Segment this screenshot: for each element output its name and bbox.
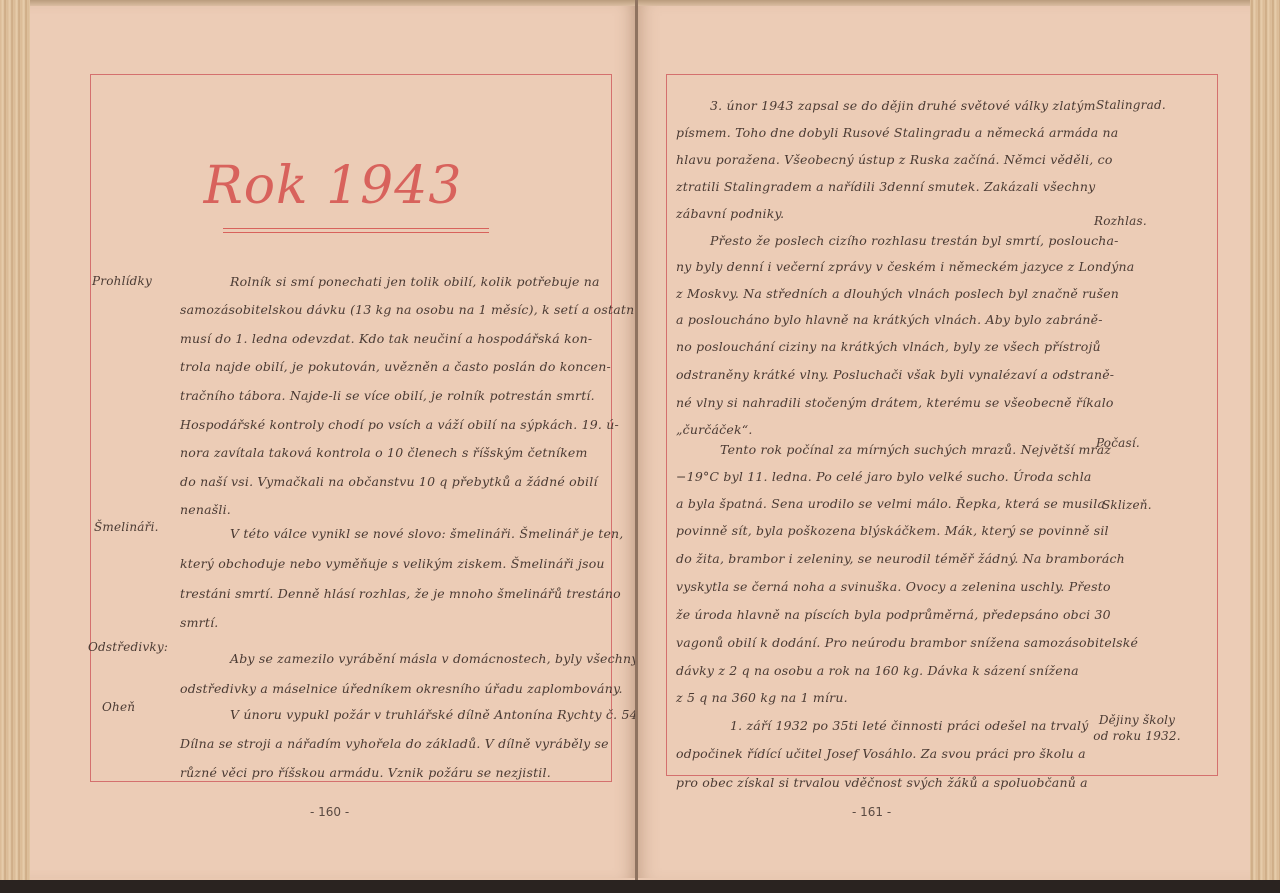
page-number: - 161 -	[852, 805, 891, 819]
text-line: V této válce vynikl se nové slovo: šmeli…	[230, 526, 624, 541]
text-line: ny byly denní i večerní zprávy v českém …	[676, 259, 1134, 274]
text-line: samozásobitelskou dávku (13 kg na osobu …	[180, 302, 639, 317]
text-line: odpočinek řídící učitel Josef Vosáhlo. Z…	[676, 746, 1086, 761]
margin-note: Dějiny školy od roku 1932.	[1092, 712, 1182, 744]
text-line: vagonů obilí k dodání. Pro neúrodu bramb…	[676, 635, 1138, 650]
left-page-stack	[0, 0, 30, 880]
text-line: do žita, brambor i zeleniny, se neurodil…	[676, 551, 1125, 566]
page-title: Rok 1943	[30, 156, 636, 216]
text-line: Přesto že poslech cizího rozhlasu trestá…	[710, 233, 1119, 248]
text-line: pro obec získal si trvalou vděčnost svýc…	[676, 775, 1088, 790]
margin-note: Sklizeň.	[1102, 498, 1152, 512]
text-line: trola najde obilí, je pokutován, uvězněn…	[180, 359, 611, 374]
margin-note: Stalingrad.	[1096, 98, 1166, 112]
text-line: odstraněny krátké vlny. Posluchači však …	[676, 367, 1114, 382]
text-line: hlavu poražena. Všeobecný ústup z Ruska …	[676, 152, 1113, 167]
text-line: né vlny si nahradili stočeným drátem, kt…	[676, 395, 1114, 410]
text-line: Dílna se stroji a nářadím vyhořela do zá…	[180, 736, 609, 751]
title-underline	[223, 228, 489, 233]
text-line: V únoru vypukl požár v truhlářské dílně …	[230, 707, 642, 722]
text-line: a posloucháno bylo hlavně na krátkých vl…	[676, 312, 1103, 327]
margin-note: Šmelináři.	[94, 520, 159, 534]
right-page: Stalingrad. Rozhlas. Počasí. Sklizeň. Dě…	[638, 6, 1250, 878]
text-line: 3. únor 1943 zapsal se do dějin druhé sv…	[710, 98, 1096, 113]
text-line: povinně sít, byla poškozena blýskáčkem. …	[676, 523, 1109, 538]
open-book: Rok 1943 Prohlídky Šmelináři. Odstředivk…	[0, 0, 1280, 880]
text-line: 1. září 1932 po 35ti leté činnosti práci…	[730, 718, 1088, 733]
text-line: „čurčáček“.	[676, 422, 753, 437]
text-line: −19°C byl 11. ledna. Po celé jaro bylo v…	[676, 469, 1092, 484]
text-line: trestáni smrtí. Denně hlásí rozhlas, že …	[180, 586, 621, 601]
text-line: nenašli.	[180, 502, 231, 517]
text-line: do naší vsi. Vymačkali na občanstvu 10 q…	[180, 474, 598, 489]
text-line: vyskytla se černá noha a svinuška. Ovocy…	[676, 579, 1111, 594]
margin-note: Rozhlas.	[1094, 214, 1147, 228]
text-line: že úroda hlavně na píscích byla podprůmě…	[676, 607, 1111, 622]
text-line: různé věci pro říšskou armádu. Vznik pož…	[180, 765, 551, 780]
page-number: - 160 -	[310, 805, 349, 819]
text-line: nora zavítala taková kontrola o 10 člene…	[180, 445, 588, 460]
margin-note: Odstředivky:	[88, 640, 168, 654]
text-line: zábavní podniky.	[676, 206, 784, 221]
text-line: Hospodářské kontroly chodí po vsích a vá…	[180, 417, 619, 432]
text-line: musí do 1. ledna odevzdat. Kdo tak neuči…	[180, 331, 592, 346]
text-line: z 5 q na 360 kg na 1 míru.	[676, 690, 848, 705]
text-line: dávky z 2 q na osobu a rok na 160 kg. Dá…	[676, 663, 1079, 678]
text-line: Aby se zamezilo vyrábění másla v domácno…	[230, 651, 639, 666]
text-line: no poslouchání ciziny na krátkých vlnách…	[676, 339, 1101, 354]
margin-note: Oheň	[102, 700, 135, 714]
text-line: smrtí.	[180, 615, 218, 630]
text-line: ztratili Stalingradem a nařídili 3denní …	[676, 179, 1095, 194]
text-line: který obchoduje nebo vyměňuje s velikým …	[180, 556, 605, 571]
text-line: tračního tábora. Najde-li se více obilí,…	[180, 388, 595, 403]
text-line: písmem. Toho dne dobyli Rusové Stalingra…	[676, 125, 1118, 140]
right-page-stack	[1250, 0, 1280, 880]
left-page: Rok 1943 Prohlídky Šmelináři. Odstředivk…	[30, 6, 636, 878]
text-line: a byla špatná. Sena urodilo se velmi mál…	[676, 496, 1105, 511]
text-line: Tento rok počínal za mírných suchých mra…	[720, 442, 1111, 457]
text-line: Rolník si smí ponechati jen tolik obilí,…	[230, 274, 600, 289]
margin-note: Prohlídky	[92, 274, 152, 288]
text-line: odstředivky a máselnice úředníkem okresn…	[180, 681, 623, 696]
text-line: z Moskvy. Na středních a dlouhých vlnách…	[676, 286, 1119, 301]
